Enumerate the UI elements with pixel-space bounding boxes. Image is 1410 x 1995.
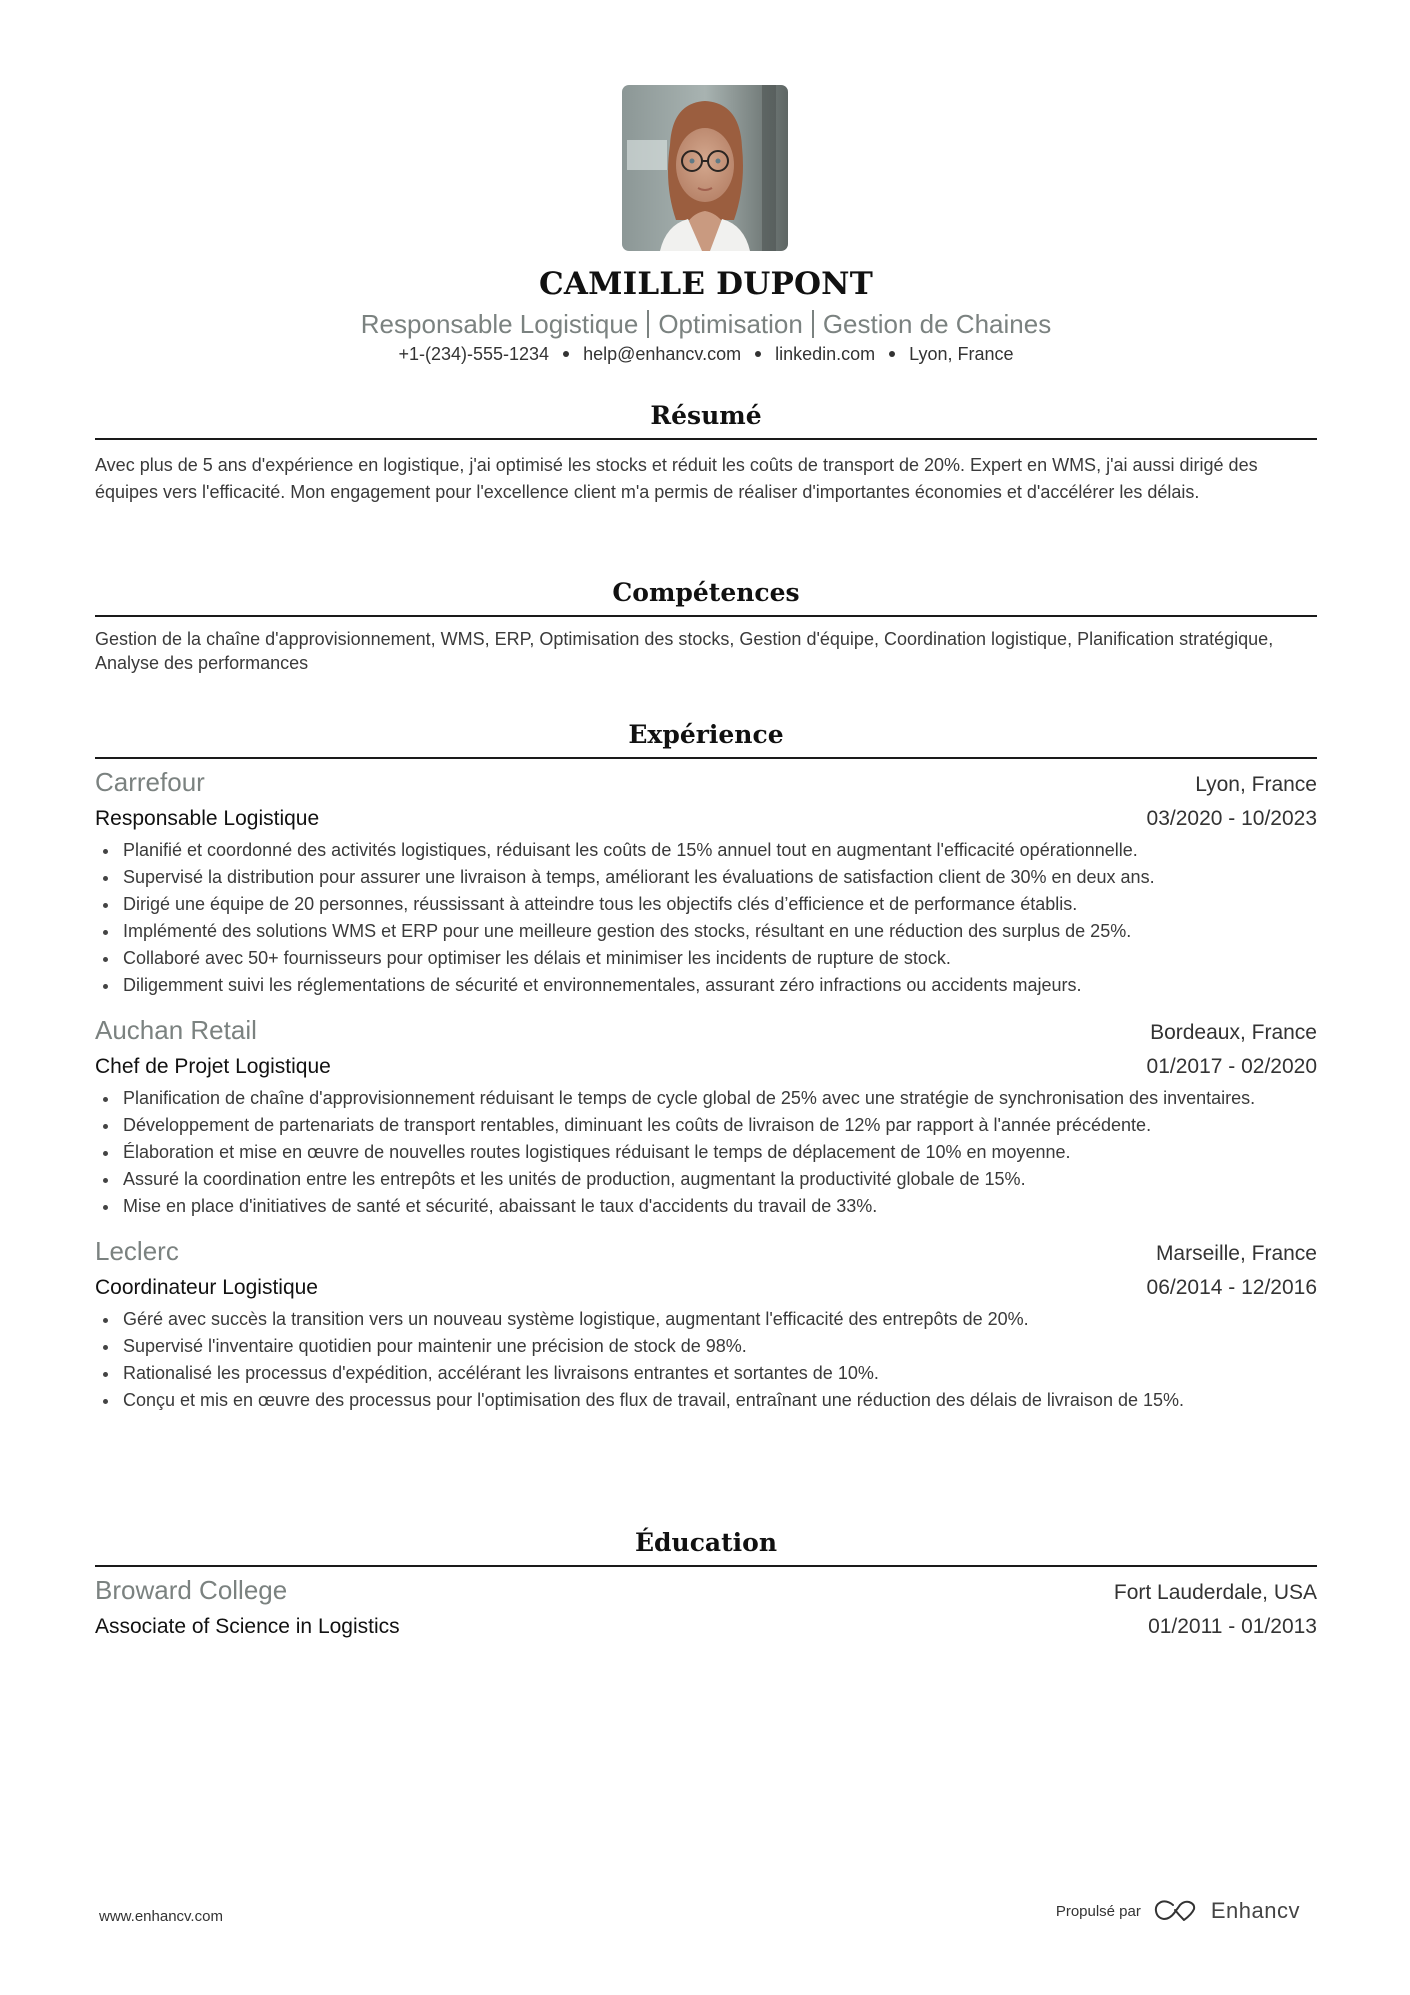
achievement-item: Implémenté des solutions WMS et ERP pour… xyxy=(95,918,1317,945)
section-divider xyxy=(95,757,1317,759)
job-title: Responsable Logistique xyxy=(95,802,319,835)
company-name: Auchan Retail xyxy=(95,1013,257,1047)
summary-text: Avec plus de 5 ans d'expérience en logis… xyxy=(95,452,1317,506)
bullet-separator-icon xyxy=(755,351,761,357)
achievement-item: Assuré la coordination entre les entrepô… xyxy=(95,1166,1317,1193)
degree-title: Associate of Science in Logistics xyxy=(95,1610,400,1643)
section-divider xyxy=(95,1565,1317,1567)
company-name: Carrefour xyxy=(95,765,205,799)
bullet-separator-icon xyxy=(563,351,569,357)
portrait-image-icon xyxy=(622,85,788,251)
achievement-item: Supervisé la distribution pour assurer u… xyxy=(95,864,1317,891)
experience-section: Expérience Carrefour Lyon, France Respon… xyxy=(95,717,1317,1428)
enhancv-brand-name: Enhancv xyxy=(1211,1898,1300,1924)
job-dates: 06/2014 - 12/2016 xyxy=(1147,1271,1317,1304)
achievement-item: Mise en place d'initiatives de santé et … xyxy=(95,1193,1317,1220)
experience-entry: Carrefour Lyon, France Responsable Logis… xyxy=(95,765,1317,999)
profile-photo xyxy=(622,85,788,251)
skills-section: Compétences Gestion de la chaîne d'appro… xyxy=(95,575,1317,675)
job-location: Bordeaux, France xyxy=(1150,1016,1317,1050)
experience-entry: Leclerc Marseille, France Coordinateur L… xyxy=(95,1234,1317,1414)
achievement-item: Développement de partenariats de transpo… xyxy=(95,1112,1317,1139)
summary-section: Résumé Avec plus de 5 ans d'expérience e… xyxy=(95,398,1317,506)
powered-by-label: Propulsé par xyxy=(1056,1903,1141,1920)
footer-website-link[interactable]: www.enhancv.com xyxy=(99,1908,223,1925)
achievement-item: Dirigé une équipe de 20 personnes, réuss… xyxy=(95,891,1317,918)
contact-linkedin[interactable]: linkedin.com xyxy=(775,344,875,364)
contact-phone[interactable]: +1-(234)-555-1234 xyxy=(398,344,549,364)
section-title: Compétences xyxy=(95,575,1317,615)
contact-location: Lyon, France xyxy=(909,344,1013,364)
achievement-list: Géré avec succès la transition vers un n… xyxy=(95,1306,1317,1414)
achievement-item: Collaboré avec 50+ fournisseurs pour opt… xyxy=(95,945,1317,972)
headline-separator xyxy=(812,310,814,338)
education-dates: 01/2011 - 01/2013 xyxy=(1148,1610,1317,1643)
achievement-item: Élaboration et mise en œuvre de nouvelle… xyxy=(95,1139,1317,1166)
job-title: Chef de Projet Logistique xyxy=(95,1050,331,1083)
school-location: Fort Lauderdale, USA xyxy=(1114,1576,1317,1610)
achievement-item: Diligemment suivi les réglementations de… xyxy=(95,972,1317,999)
headline-item: Optimisation xyxy=(658,309,803,339)
achievement-list: Planification de chaîne d'approvisionnem… xyxy=(95,1085,1317,1220)
section-title: Expérience xyxy=(95,717,1317,757)
achievement-item: Conçu et mis en œuvre des processus pour… xyxy=(95,1387,1317,1414)
job-location: Marseille, France xyxy=(1156,1237,1317,1271)
achievement-item: Supervisé l'inventaire quotidien pour ma… xyxy=(95,1333,1317,1360)
section-title: Résumé xyxy=(95,398,1317,438)
achievement-item: Rationalisé les processus d'expédition, … xyxy=(95,1360,1317,1387)
contact-info: +1-(234)-555-1234help@enhancv.comlinkedi… xyxy=(95,344,1317,365)
contact-email[interactable]: help@enhancv.com xyxy=(583,344,741,364)
achievement-item: Planifié et coordonné des activités logi… xyxy=(95,837,1317,864)
candidate-name: CAMILLE DUPONT xyxy=(95,266,1317,302)
footer-branding[interactable]: Propulsé par Enhancv xyxy=(1056,1898,1300,1924)
job-location: Lyon, France xyxy=(1195,768,1317,802)
achievement-item: Planification de chaîne d'approvisionnem… xyxy=(95,1085,1317,1112)
education-entry: Broward College Fort Lauderdale, USA Ass… xyxy=(95,1573,1317,1643)
job-title: Coordinateur Logistique xyxy=(95,1271,318,1304)
education-section: Éducation Broward College Fort Lauderdal… xyxy=(95,1525,1317,1657)
bullet-separator-icon xyxy=(889,351,895,357)
achievement-item: Géré avec succès la transition vers un n… xyxy=(95,1306,1317,1333)
headline-separator xyxy=(647,310,649,338)
headline: Responsable LogistiqueOptimisationGestio… xyxy=(95,309,1317,340)
skills-text: Gestion de la chaîne d'approvisionnement… xyxy=(95,627,1317,675)
section-divider xyxy=(95,615,1317,617)
enhancv-logo-icon xyxy=(1153,1899,1199,1923)
achievement-list: Planifié et coordonné des activités logi… xyxy=(95,837,1317,999)
school-name: Broward College xyxy=(95,1573,287,1607)
headline-item: Gestion de Chaines xyxy=(823,309,1051,339)
job-dates: 03/2020 - 10/2023 xyxy=(1147,802,1317,835)
company-name: Leclerc xyxy=(95,1234,179,1268)
section-divider xyxy=(95,438,1317,440)
section-title: Éducation xyxy=(95,1525,1317,1565)
headline-item: Responsable Logistique xyxy=(361,309,639,339)
job-dates: 01/2017 - 02/2020 xyxy=(1147,1050,1317,1083)
experience-entry: Auchan Retail Bordeaux, France Chef de P… xyxy=(95,1013,1317,1220)
